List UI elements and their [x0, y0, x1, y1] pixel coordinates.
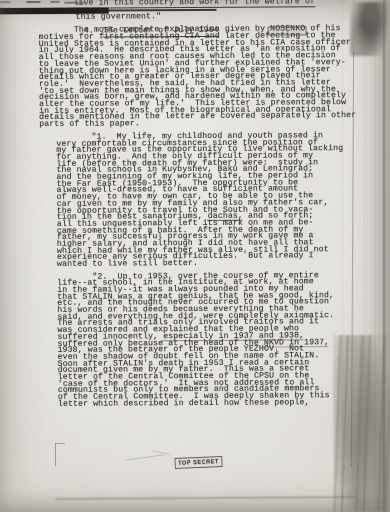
carryover-line-1: live in this country and work for the we…	[73, 0, 315, 7]
cutoff-text-fragment	[0, 1, 10, 3]
typewritten-text-layer: live in this country and work for the we…	[0, 0, 390, 512]
letter-quote-2: "2. Up to 1953, over the course of my en…	[57, 273, 335, 409]
intro-paragraph: The most complete explanation given by N…	[39, 26, 357, 128]
carryover-line-2: this government."	[76, 14, 162, 21]
top-secret-stamp: TOP SECRET	[174, 456, 222, 469]
scanned-document-page: live in this country and work for the we…	[0, 0, 390, 512]
carryover-line-2-text: this government."	[76, 12, 162, 22]
top-secret-stamp-text: TOP SECRET	[178, 459, 219, 467]
letter-quote-1: "1. My life, my childhood and youth pass…	[56, 133, 344, 269]
cutoff-text-fragment	[26, 1, 40, 3]
carryover-line-1-text: live in this country and work for the we…	[73, 0, 315, 9]
cutoff-text-fragment	[50, 1, 59, 3]
